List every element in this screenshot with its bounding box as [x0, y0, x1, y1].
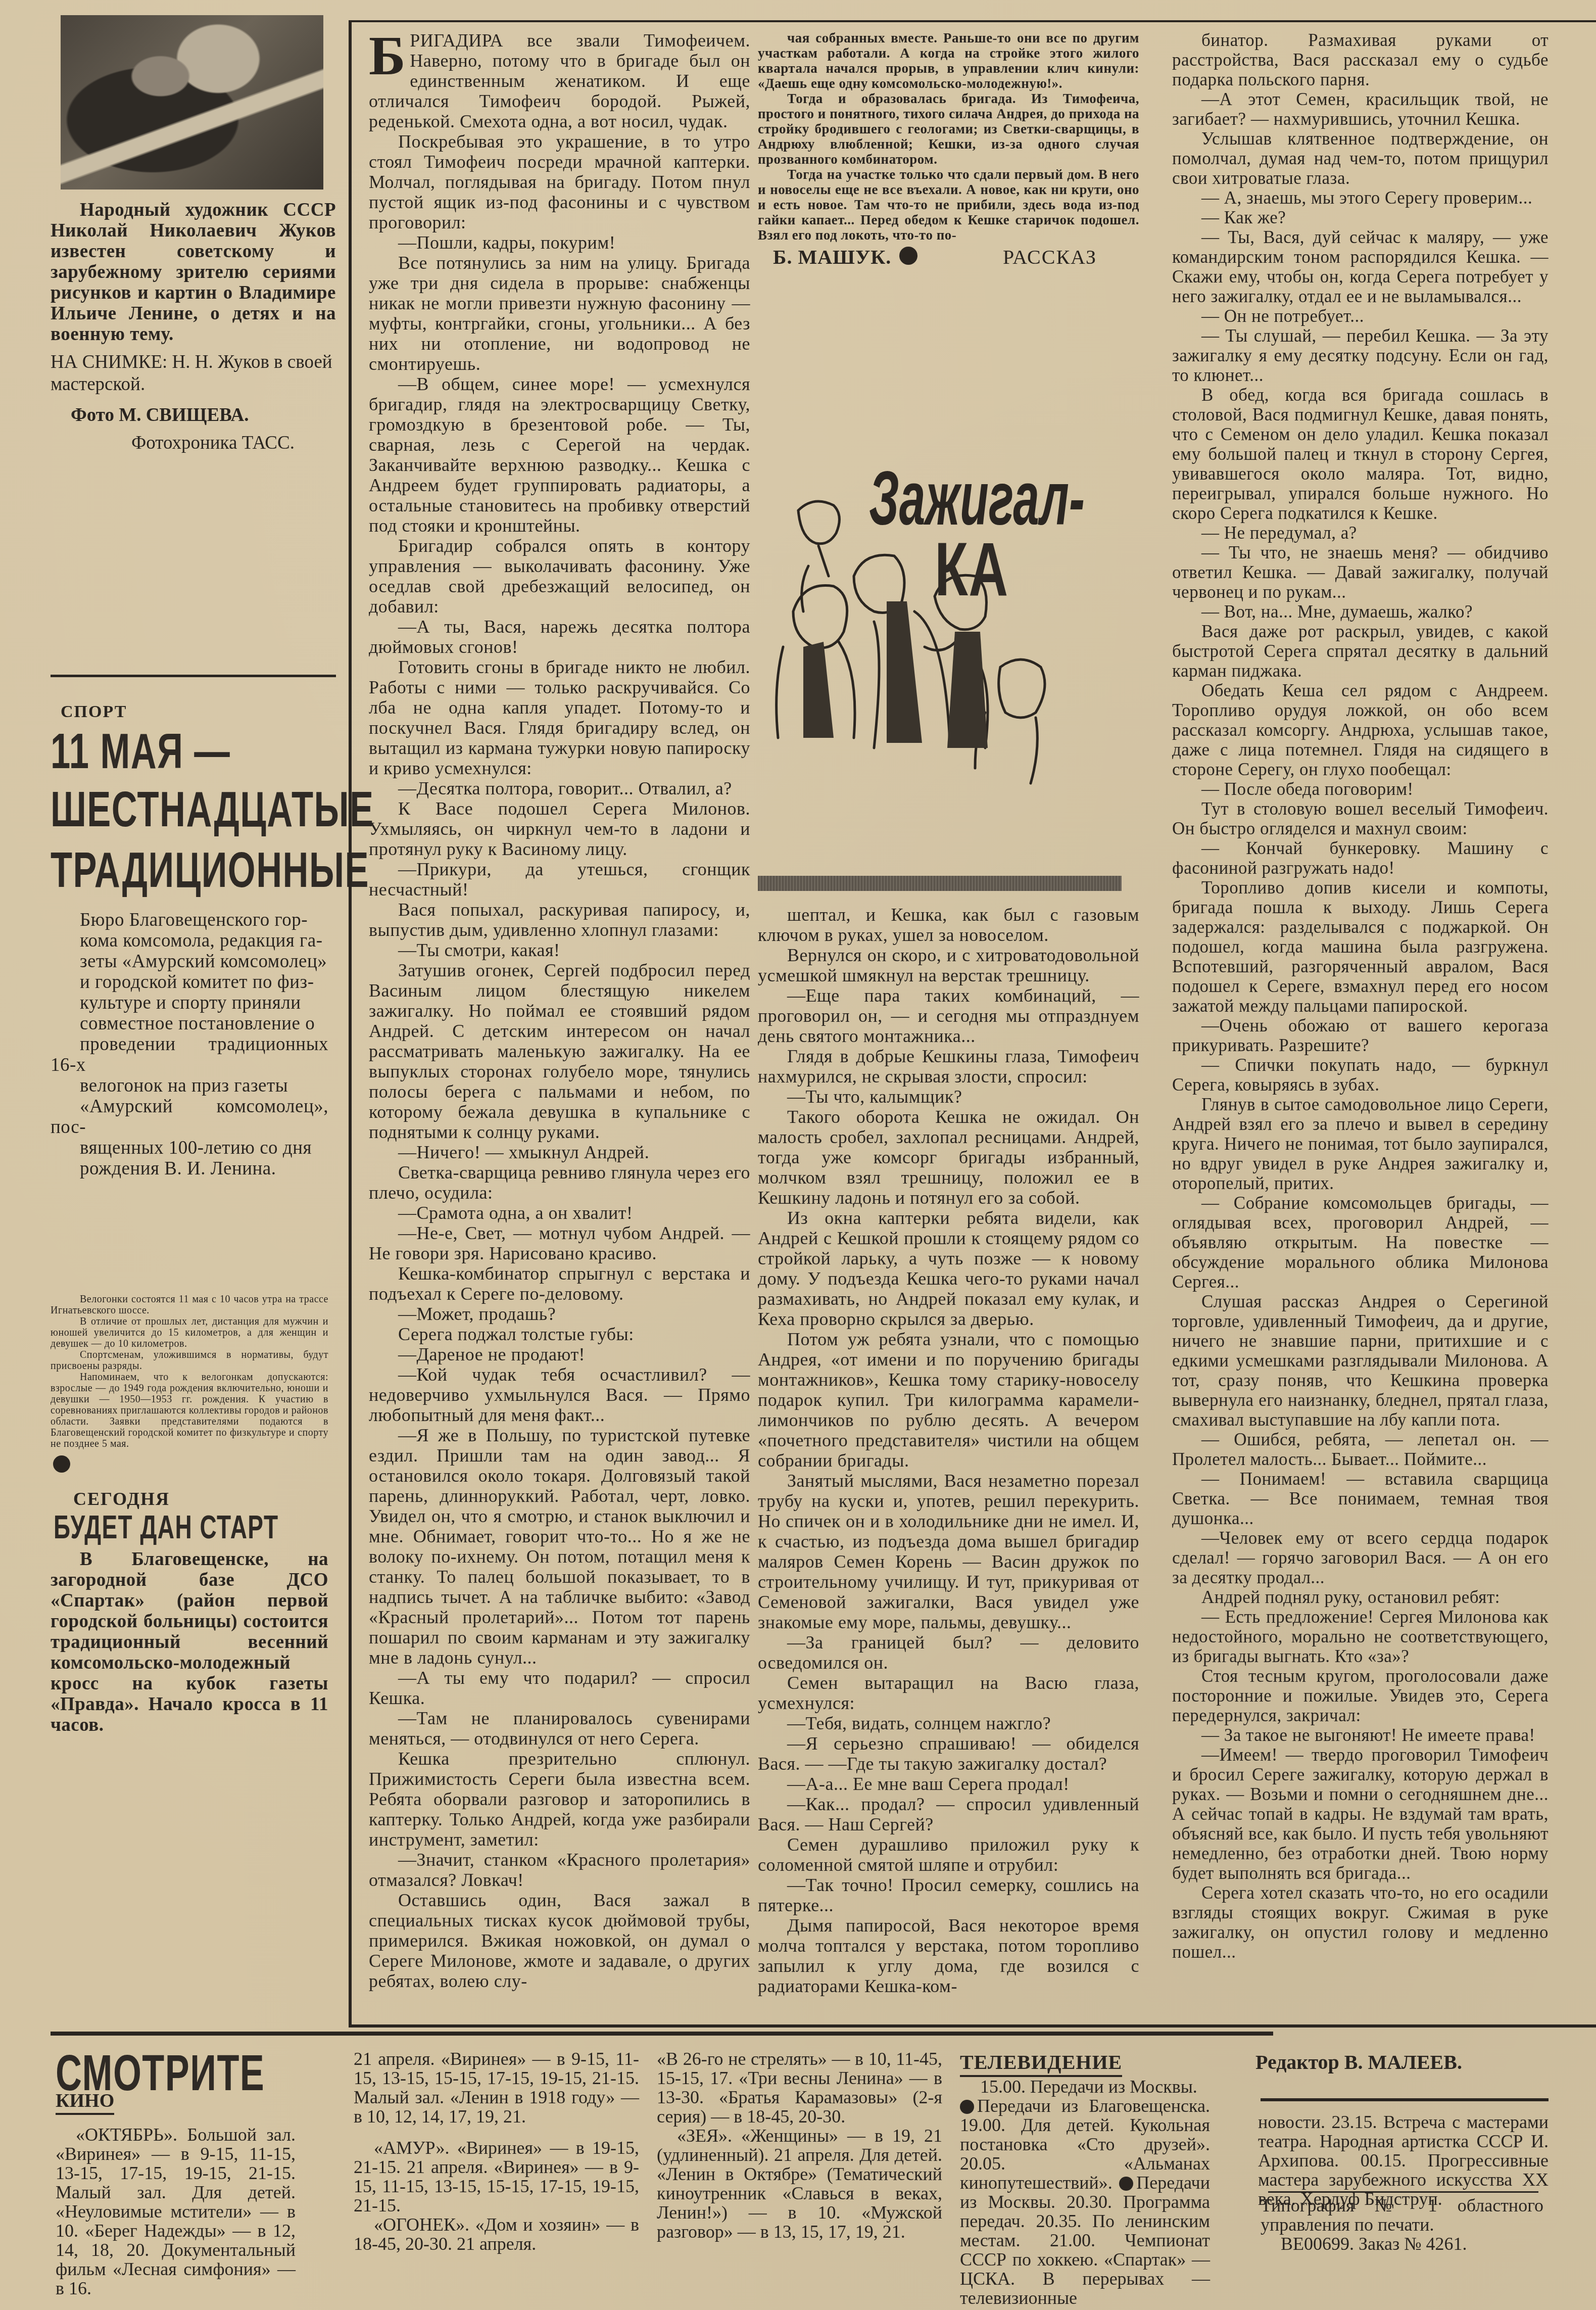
paragraph: чая собранных вместе. Раньше-то они все …	[758, 30, 1139, 91]
paragraph: —Дареное не продают!	[369, 1344, 750, 1364]
lead-line: зеты «Амурский комсомолец»	[51, 951, 328, 972]
story-author: Б. МАШУК.	[773, 245, 891, 269]
paragraph: —Значит, станком «Красного пролетария» о…	[369, 1850, 750, 1890]
paragraph: БРИГАДИРА все звали Тимофеичем. Наверно,…	[369, 30, 750, 131]
paragraph: —Не-е, Свет, — мотнул чубом Андрей. — Не…	[369, 1223, 750, 1263]
kino-text: «ОКТЯБРЬ». Большой зал. «Виринея» — в 9-…	[56, 2125, 296, 2298]
paragraph: —Прикури, да утешься, сгонщик несчастный…	[369, 859, 750, 900]
paragraph: —Может, продашь?	[369, 1304, 750, 1324]
lead-line: велогонок на приз газеты	[51, 1075, 328, 1096]
tv-listing-continued: новости. 23.15. Встреча с мастерами теат…	[1258, 2112, 1549, 2208]
paragraph: —Очень обожаю от вашего керогаза прикури…	[1172, 1016, 1549, 1055]
paragraph: —Имеем! — твердо проговорил Тимофеич и б…	[1172, 1745, 1549, 1883]
paragraph: Андрей поднял руку, остановил ребят:	[1172, 1587, 1549, 1607]
paragraph: —А этот Семен, красильщик твой, не загиб…	[1172, 89, 1549, 129]
paragraph: Бригадир собрался опять в контору управл…	[369, 536, 750, 617]
paragraph: шептал, и Кешка, как был с газовым ключо…	[758, 905, 1139, 945]
sport-headline-3: ТРАДИЦИОННЫЕ	[51, 841, 369, 899]
paragraph: — Спички покупать надо, — буркнул Серега…	[1172, 1055, 1549, 1095]
bullet-icon	[960, 2100, 974, 2114]
kino-listing-2: 21 апреля. «Виринея» — в 9-15, 11-15, 13…	[354, 2049, 639, 2253]
printer-text: Типография № 1 областного управления по …	[1261, 2196, 1543, 2234]
paragraph: —Пошли, кадры, покурим!	[369, 232, 750, 253]
paragraph: В отличие от прошлых лет, дистанция для …	[51, 1316, 328, 1349]
paragraph: Глядя в добрые Кешкины глаза, Тимофеич н…	[758, 1046, 1139, 1087]
kino-text: «В 26-го не стрелять» — в 10, 11-45, 15-…	[657, 2049, 942, 2126]
paragraph: Серега поджал толстые губы:	[369, 1324, 750, 1344]
paragraph: Тогда на участке только что сдали первый…	[758, 167, 1139, 243]
paragraph: —Срамота одна, а он хвалит!	[369, 1203, 750, 1223]
paragraph: Вернулся он скоро, и с хитроватодовольно…	[758, 945, 1139, 985]
tv-text: новости. 23.15. Встреча с мастерами теат…	[1258, 2112, 1549, 2208]
paragraph: Оставшись один, Вася зажал в специальных…	[369, 1890, 750, 1991]
paragraph: Кешка презрительно сплюнул. Прижимистост…	[369, 1749, 750, 1850]
divider	[51, 2032, 1273, 2036]
lead-line: Бюро Благовещенского гор-	[51, 910, 328, 930]
paragraph: — Не передумал, а?	[1172, 523, 1549, 543]
lead-line: кома комсомола, редакция га-	[51, 930, 328, 951]
story-genre: РАССКАЗ	[1003, 245, 1097, 269]
paragraph: Серега хотел сказать что-то, но его осад…	[1172, 1883, 1549, 1962]
paragraph: —В общем, синее море! — усмехнулся брига…	[369, 374, 750, 536]
kino-label: КИНО	[56, 2090, 114, 2115]
story-title-2: КА	[935, 526, 1009, 613]
caption-text: Народный художник СССР Николай Николаеви…	[51, 200, 336, 345]
editor-credit: Редактор В. МАЛЕЕВ.	[1255, 2050, 1462, 2074]
paragraph: Велогонки состоятся 11 мая с 10 часов ут…	[51, 1294, 328, 1316]
paragraph: Обедать Кеша сел рядом с Андреем. Торопл…	[1172, 681, 1549, 779]
paragraph: — Кончай бункеровку. Машину с фасониной …	[1172, 838, 1549, 878]
tv-listing: 15.00. Передачи из Москвы. Передачи из Б…	[960, 2077, 1210, 2307]
paragraph: Кешка-комбинатор спрыгнул с верстака и п…	[369, 1263, 750, 1304]
bullet-icon	[899, 247, 917, 265]
lead-line: культуре и спорту приняли	[51, 993, 328, 1013]
artist-photo	[61, 15, 323, 190]
divider	[1268, 2191, 1538, 2193]
order-text: ВЕ00699. Заказ № 4261.	[1261, 2234, 1543, 2253]
paragraph: Дымя папиросой, Вася некоторое время мол…	[758, 1915, 1139, 1996]
tv-text: 15.00. Передачи из Москвы.	[960, 2077, 1210, 2096]
paragraph: — Понимаем! — вставила сварщица Светка. …	[1172, 1469, 1549, 1528]
paragraph: Поскребывая это украшение, в то утро сто…	[369, 131, 750, 232]
story-column-1: БРИГАДИРА все звали Тимофеичем. Наверно,…	[369, 30, 750, 1991]
imprint: Типография № 1 областного управления по …	[1261, 2196, 1543, 2253]
sport-headline-1: 11 МАЯ —	[51, 723, 230, 780]
paragraph: — Он не потребует...	[1172, 306, 1549, 326]
paragraph: —Ты что, калымщик?	[758, 1087, 1139, 1107]
today-rubric: СЕГОДНЯ	[73, 1488, 170, 1510]
paragraph: Вася даже рот раскрыл, увидев, с какой б…	[1172, 622, 1549, 681]
paragraph: Глянув в сытое самодовольное лицо Сереги…	[1172, 1095, 1549, 1193]
paragraph: —Там не планировалось сувенирами менятьс…	[369, 1708, 750, 1749]
kino-text: «АМУР». «Виринея» — в 19-15, 21-15. 21 а…	[354, 2138, 639, 2215]
paragraph: бинатор. Размахивая руками от расстройст…	[1172, 30, 1549, 89]
paragraph: — Ты, Вася, дуй сейчас к маляру, — уже к…	[1172, 227, 1549, 306]
drop-cap: Б	[369, 32, 406, 79]
sport-lead: Бюро Благовещенского гор-кома комсомола,…	[51, 910, 328, 1179]
lead-line: совместное постановление о	[51, 1013, 328, 1034]
paragraph: К Васе подошел Серега Милонов. Ухмыляясь…	[369, 798, 750, 859]
story-column-2-bottom: шептал, и Кешка, как был с газовым ключо…	[758, 905, 1139, 1996]
paragraph: — Вот, на... Мне, думаешь, жалко?	[1172, 602, 1549, 622]
lead-line: рождения В. И. Ленина.	[51, 1158, 328, 1179]
lead-line: вященных 100-летию со дня	[51, 1138, 328, 1158]
paragraph: Затушив огонек, Сергей подбросил перед В…	[369, 960, 750, 1142]
paragraph: —Ты смотри, какая!	[369, 940, 750, 960]
divider	[51, 675, 336, 677]
lead-line: проведении традиционных 16-х	[51, 1034, 328, 1075]
paragraph: —Человек ему от всего сердца подарок сде…	[1172, 1528, 1549, 1587]
tv-label: ТЕЛЕВИДЕНИЕ	[960, 2050, 1122, 2077]
today-headline: БУДЕТ ДАН СТАРТ	[54, 1508, 279, 1546]
today-text: В Благовещенске, на загородной базе ДСО …	[51, 1549, 328, 1735]
paragraph: — После обеда поговорим!	[1172, 779, 1549, 799]
bullet-icon	[1119, 2177, 1133, 2191]
kino-listing-3: «В 26-го не стрелять» — в 10, 11-45, 15-…	[657, 2049, 942, 2241]
story-column-3: бинатор. Размахивая руками от расстройст…	[1172, 30, 1549, 1962]
paragraph: Семен вытаращил на Васю глаза, усмехнулс…	[758, 1673, 1139, 1713]
paragraph: — Ошибся, ребята, — лепетал он. — Пролет…	[1172, 1430, 1549, 1469]
kino-text: 21 апреля. «Виринея» — в 9-15, 11-15, 13…	[354, 2049, 639, 2126]
paragraph: Услышав клятвенное подтверждение, он пом…	[1172, 129, 1549, 188]
paragraph: — Ты слушай, — перебил Кешка. — За эту з…	[1172, 326, 1549, 385]
paragraph: — Ты что, не знаешь меня? — обидчиво отв…	[1172, 543, 1549, 602]
paragraph: —Как... продал? — спросил удивленный Вас…	[758, 1794, 1139, 1834]
sport-rubric: СПОРТ	[61, 702, 127, 722]
kino-listing-1: «ОКТЯБРЬ». Большой зал. «Виринея» — в 9-…	[56, 2125, 296, 2298]
paragraph: —А ты, Вася, нарежь десятка полтора дюйм…	[369, 617, 750, 657]
paragraph: В обед, когда вся бригада сошлась в стол…	[1172, 385, 1549, 523]
photo-source: Фотохроника ТАСС.	[131, 432, 295, 454]
paragraph: Готовить сгоны в бригаде никто не любил.…	[369, 657, 750, 778]
paragraph: Из окна каптерки ребята видели, как Андр…	[758, 1208, 1139, 1329]
paragraph: —Ничего! — хмыкнул Андрей.	[369, 1142, 750, 1162]
lead-line: «Амурский комсомолец», пос-	[51, 1096, 328, 1138]
sport-headline-2: ШЕСТНАДЦАТЫЕ	[51, 781, 374, 838]
paragraph: Вася попыхал, раскуривая папиросу, и, вы…	[369, 900, 750, 940]
paragraph: Светка-сварщица ревниво глянула через ег…	[369, 1162, 750, 1203]
kino-text: «ОГОНЕК». «Дом и хозяин» — в 18-45, 20-3…	[354, 2215, 639, 2253]
paragraph: Все потянулись за ним на улицу. Бригада …	[369, 253, 750, 374]
paragraph: —За границей был? — деловито осведомился…	[758, 1632, 1139, 1673]
paragraph: Стоя тесным кругом, проголосовали даже п…	[1172, 1666, 1549, 1725]
photo-note: НА СНИМКЕ: Н. Н. Жуков в своей мастерско…	[51, 351, 336, 396]
paragraph: Потом уж ребята узнали, что с помощью Ан…	[758, 1329, 1139, 1471]
paragraph: —Так точно! Просил семерку, сошлись на п…	[758, 1875, 1139, 1915]
paragraph: Слушая рассказ Андрея о Серегиной торгов…	[1172, 1292, 1549, 1430]
sport-body: Велогонки состоятся 11 мая с 10 часов ут…	[51, 1294, 328, 1449]
paragraph: — А, знаешь, мы этого Серегу проверим...	[1172, 188, 1549, 208]
paragraph: Тут в столовую вошел веселый Тимофеич. О…	[1172, 799, 1549, 838]
photo-caption: Народный художник СССР Николай Николаеви…	[51, 200, 336, 345]
paragraph: Семен дурашливо приложил руку к соломенн…	[758, 1834, 1139, 1875]
paragraph: — Как же?	[1172, 208, 1549, 227]
paragraph: —Тебя, видать, солнцем нажгло?	[758, 1713, 1139, 1733]
paragraph: Тогда и образовалась бригада. Из Тимофеи…	[758, 91, 1139, 167]
paragraph: Напоминаем, что к велогонкам допускаются…	[51, 1372, 328, 1449]
paragraph: Спортсменам, уложившимся в нормативы, бу…	[51, 1349, 328, 1372]
paragraph: —А ты ему что подарил? — спросил Кешка.	[369, 1668, 750, 1708]
today-headline-wrap: БУДЕТ ДАН СТАРТ	[54, 1508, 366, 1546]
story-title-2-wrap: КА	[935, 526, 1038, 613]
paragraph: Такого оборота Кешка не ожидал. Он малос…	[758, 1107, 1139, 1208]
story-column-2-top: чая собранных вместе. Раньше-то они все …	[758, 30, 1139, 243]
paragraph: Торопливо допив кисели и компоты, бригад…	[1172, 878, 1549, 1016]
photo-credit: Фото М. СВИЩЕВА.	[71, 404, 249, 426]
paragraph: —А-а... Ее мне ваш Серега продал!	[758, 1774, 1139, 1794]
kino-text: «ЗЕЯ». «Женщины» — в 19, 21 (удлиненный)…	[657, 2126, 942, 2241]
paragraph: —Я же в Польшу, по туристской путевке ез…	[369, 1425, 750, 1668]
paragraph: —Кой чудак тебя осчастливил? — недоверчи…	[369, 1364, 750, 1425]
today-body: В Благовещенске, на загородной базе ДСО …	[51, 1549, 328, 1735]
paragraph: — За такое не выгоняют! Не имеете права!	[1172, 1725, 1549, 1745]
paragraph: —Я серьезно спрашиваю! — обиделся Вася. …	[758, 1733, 1139, 1774]
paragraph: —Еще пара таких комбинаций, — проговорил…	[758, 985, 1139, 1046]
sport-lead-lines: Бюро Благовещенского гор-кома комсомола,…	[51, 910, 328, 1179]
paragraph: — Собрание комсомольцев бригады, — огляд…	[1172, 1193, 1549, 1292]
decorative-bar	[758, 876, 1122, 891]
paragraph: —Десятка полтора, говорит... Отвалил, а?	[369, 778, 750, 798]
story-title-1-wrap: Зажигал-	[869, 455, 1217, 542]
paragraph: Занятый мыслями, Вася незаметно порезал …	[758, 1471, 1139, 1632]
tv-text: Передачи из Москвы. 20.30. Программа пер…	[960, 2173, 1210, 2308]
lead-line: и городской комитет по физ-	[51, 972, 328, 993]
divider	[1261, 2098, 1549, 2101]
paragraph: — Есть предложение! Сергея Милонова как …	[1172, 1607, 1549, 1666]
bullet-icon	[53, 1455, 70, 1473]
